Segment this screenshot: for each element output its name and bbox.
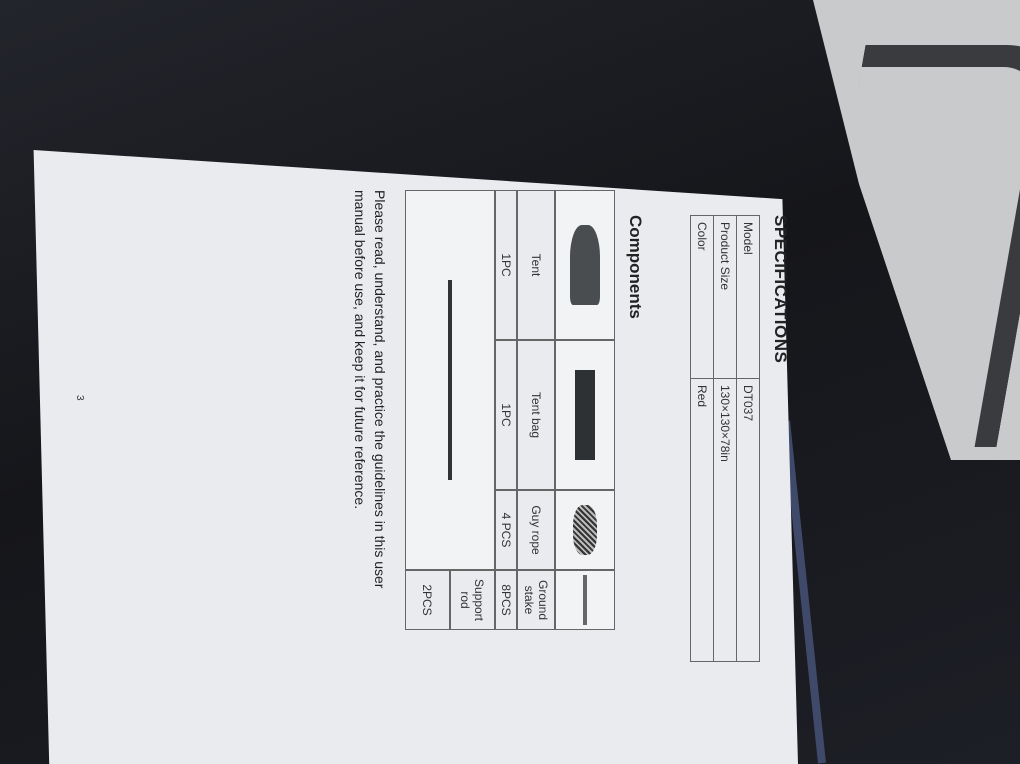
rope-icon	[573, 505, 597, 555]
component-qty: 4 PCS	[495, 490, 517, 570]
manual-page: SPECIFICATIONS ModelDT037 Product Size13…	[60, 160, 820, 760]
spec-value: DT037	[737, 379, 760, 662]
stake-image	[555, 570, 615, 630]
component-qty: 1PC	[495, 340, 517, 490]
spec-label: Product Size	[714, 216, 737, 379]
tent-icon	[570, 225, 600, 305]
specifications-table: ModelDT037 Product Size130×130×78in Colo…	[690, 215, 760, 662]
spec-value: Red	[691, 379, 714, 662]
component-qty: 2PCS	[405, 570, 450, 630]
component-qty: 8PCS	[495, 570, 517, 630]
component-name: Tent bag	[517, 340, 555, 490]
usage-note: Please read, understand, and practice th…	[350, 190, 390, 610]
spec-label: Model	[737, 216, 760, 379]
spec-row: ColorRed	[691, 216, 714, 662]
bag-image	[555, 340, 615, 490]
component-qty: 1PC	[495, 190, 517, 340]
spec-row: Product Size130×130×78in	[714, 216, 737, 662]
component-name: Ground stake	[517, 570, 555, 630]
stake-icon	[583, 575, 587, 625]
spec-value: 130×130×78in	[714, 379, 737, 662]
components-title: Components	[625, 215, 645, 319]
component-name: Guy rope	[517, 490, 555, 570]
specifications-title: SPECIFICATIONS	[770, 215, 790, 363]
rod-image	[405, 190, 495, 570]
spec-label: Color	[691, 216, 714, 379]
component-name: Tent	[517, 190, 555, 340]
page-number: 3	[74, 395, 85, 401]
component-name: Support rod	[450, 570, 495, 630]
tent-image	[555, 190, 615, 340]
rod-icon	[448, 280, 452, 480]
rope-image	[555, 490, 615, 570]
spec-row: ModelDT037	[737, 216, 760, 662]
bag-icon	[575, 370, 595, 460]
